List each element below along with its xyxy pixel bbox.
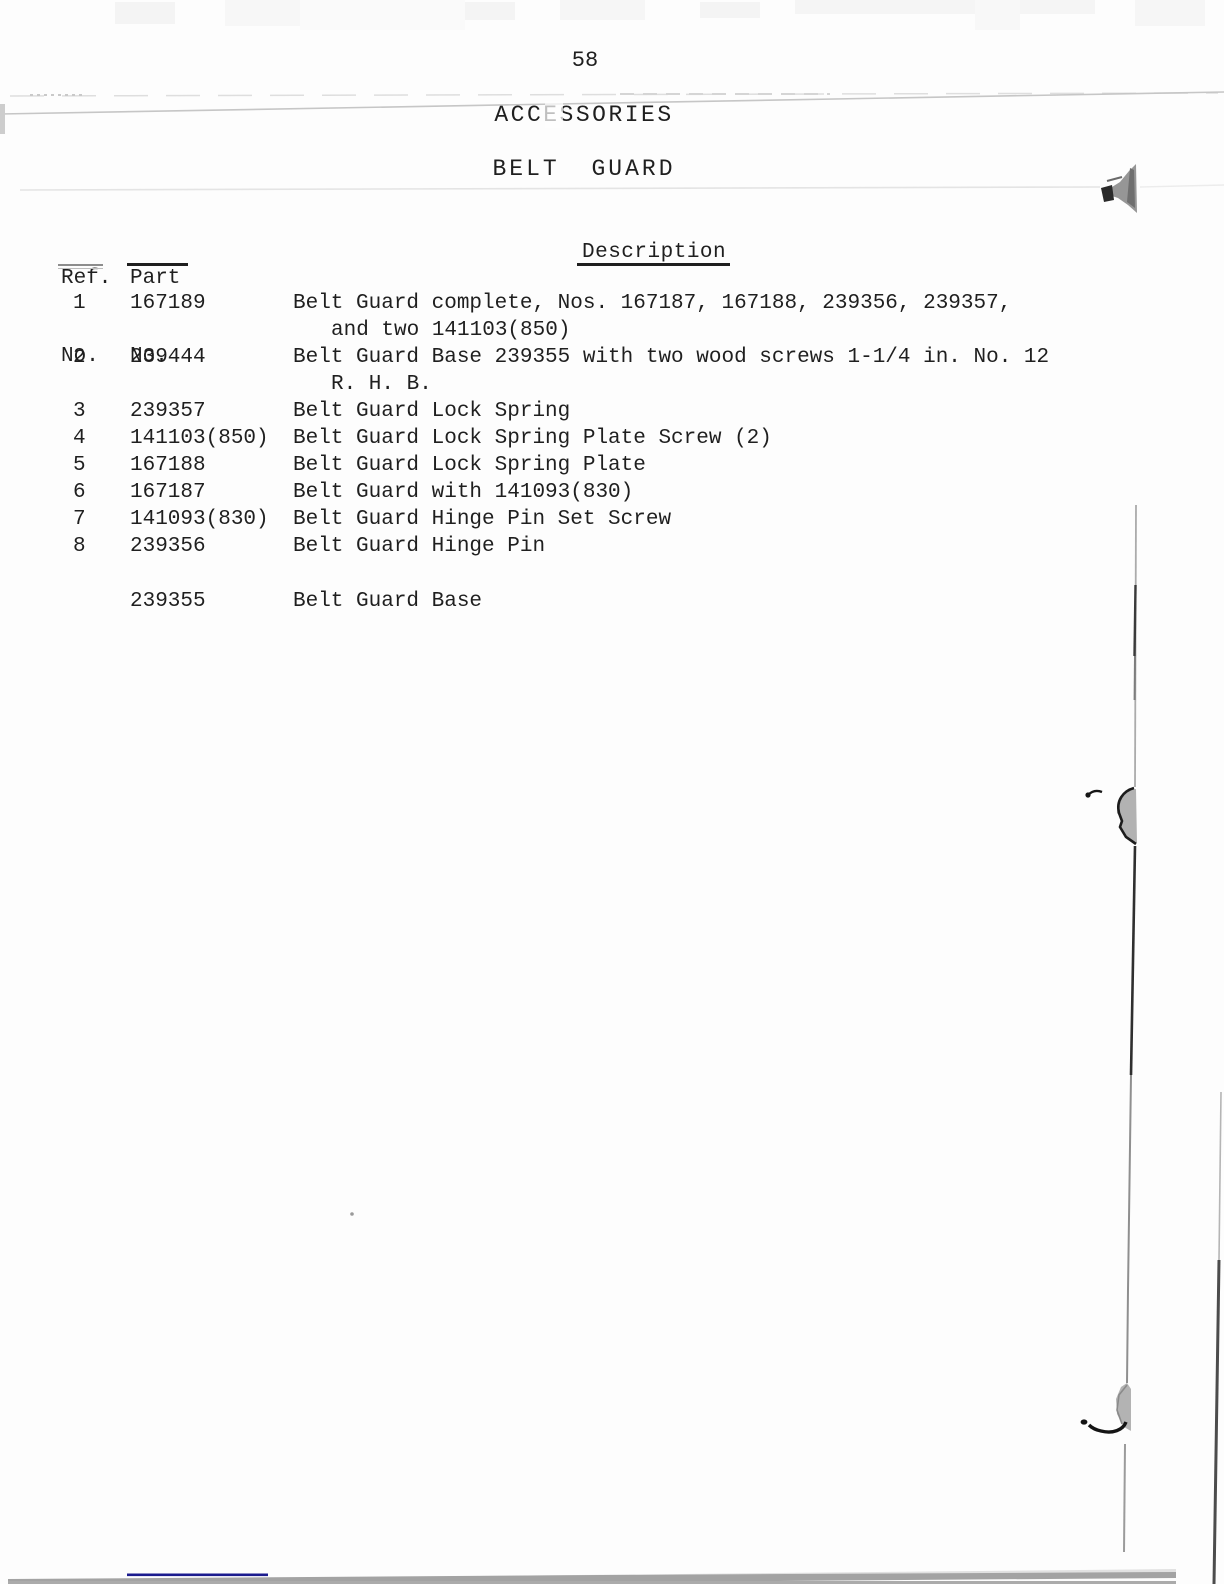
header-underline-part <box>127 263 188 266</box>
ref-no-cell: 7 <box>56 506 130 533</box>
table-row: 1 167189 Belt Guard complete, Nos. 16718… <box>56 290 1194 344</box>
table-row: 7 141093(830) Belt Guard Hinge Pin Set S… <box>56 506 1194 533</box>
description-cell: Belt Guard Lock Spring Plate <box>293 452 1194 479</box>
table-row: 3 239357 Belt Guard Lock Spring <box>56 398 1194 425</box>
page-title: BELT GUARD <box>492 157 675 181</box>
table-row: 6 167187 Belt Guard with 141093(830) <box>56 479 1194 506</box>
ref-no-cell <box>56 588 130 615</box>
ref-no-cell: 1 <box>56 290 130 344</box>
table-row: 2 239444 Belt Guard Base 239355 with two… <box>56 344 1194 398</box>
document-page: 58 ACCESSORIES BELT GUARD Ref. No. Part … <box>0 0 1224 1584</box>
description-cell: Belt Guard Hinge Pin Set Screw <box>293 506 1194 533</box>
table-row: 5 167188 Belt Guard Lock Spring Plate <box>56 452 1194 479</box>
parts-table: 1 167189 Belt Guard complete, Nos. 16718… <box>56 290 1194 615</box>
scan-rule-subtitle <box>20 185 1224 190</box>
description-cell: Belt Guard Lock Spring <box>293 398 1194 425</box>
ref-no-cell: 8 <box>56 533 130 560</box>
part-no-cell: 141093(830) <box>130 506 293 533</box>
part-no-cell: 239357 <box>130 398 293 425</box>
scan-footer-bar <box>8 1569 1176 1584</box>
scan-crease-line <box>1124 505 1136 1552</box>
description-cell: Belt Guard with 141093(830) <box>293 479 1194 506</box>
scan-artifacts <box>0 0 1224 1584</box>
ref-no-cell: 6 <box>56 479 130 506</box>
description-cell: Belt Guard Base 239355 with two wood scr… <box>293 344 1194 398</box>
scan-smudge-lower <box>1081 1383 1132 1439</box>
description-cell: Belt Guard Hinge Pin <box>293 533 1194 560</box>
blue-pen-mark <box>127 1574 268 1577</box>
column-header-part-line1: Part <box>130 266 180 292</box>
part-no-cell: 167187 <box>130 479 293 506</box>
part-no-cell: 141103(850) <box>130 425 293 452</box>
scan-smudge-middle <box>1085 788 1137 844</box>
column-header-ref-line1: Ref. <box>61 266 111 292</box>
table-row: 239355 Belt Guard Base <box>56 588 1194 615</box>
header-underline-ref <box>58 264 103 266</box>
stray-dot <box>350 1212 354 1216</box>
scan-noise-top <box>115 0 1205 30</box>
ref-no-cell: 5 <box>56 452 130 479</box>
header-underline-ref-shadow <box>58 268 103 269</box>
table-row: 4 141103(850) Belt Guard Lock Spring Pla… <box>56 425 1194 452</box>
part-no-cell: 239355 <box>130 588 293 615</box>
section-title: ACCESSORIES <box>494 103 673 127</box>
part-no-cell: 167189 <box>130 290 293 344</box>
description-cell: Belt Guard complete, Nos. 167187, 167188… <box>293 290 1194 344</box>
page-number: 58 <box>572 50 598 72</box>
ref-no-cell: 2 <box>56 344 130 398</box>
part-no-cell: 239444 <box>130 344 293 398</box>
header-underline-description <box>577 263 730 266</box>
part-no-cell: 167188 <box>130 452 293 479</box>
ref-no-cell: 3 <box>56 398 130 425</box>
description-cell: Belt Guard Base <box>293 588 1194 615</box>
ref-no-cell: 4 <box>56 425 130 452</box>
description-cell: Belt Guard Lock Spring Plate Screw (2) <box>293 425 1194 452</box>
scan-edge-line <box>1214 1092 1221 1584</box>
table-row: 8 239356 Belt Guard Hinge Pin <box>56 533 1194 560</box>
part-no-cell: 239356 <box>130 533 293 560</box>
scan-smudge-top <box>1101 164 1137 213</box>
